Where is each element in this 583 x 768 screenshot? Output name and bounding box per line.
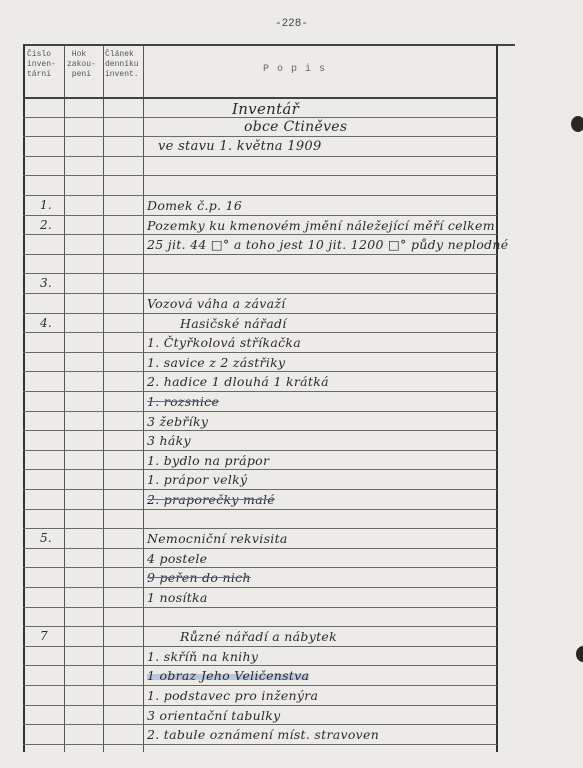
row-rule [23, 391, 497, 392]
header-purchase-year: Hok zakou- peni [67, 50, 96, 80]
item-description: 1. bydlo na prápor [147, 453, 269, 468]
item-description: 1. savice z 2 zástřiky [147, 355, 285, 370]
row-rule [23, 469, 497, 470]
item-description: 9 peřen do nich [147, 570, 251, 585]
row-rule [23, 352, 497, 353]
row-rule [23, 215, 497, 216]
row-rule [23, 587, 497, 588]
row-rule [23, 371, 497, 372]
row-rule [23, 293, 497, 294]
header-description: Popis [263, 65, 333, 75]
item-description: 1. podstavec pro inženýra [147, 688, 318, 703]
row-rule [23, 548, 497, 549]
item-description: 1. prápor velký [147, 472, 247, 487]
row-rule [23, 313, 497, 314]
item-description: Domek č.p. 16 [147, 198, 242, 213]
item-description: Vozová váha a závaží [147, 296, 286, 311]
item-description: 2. hadice 1 dlouhá 1 krátká [147, 374, 329, 389]
header-journal-article: Článek denníku invent. [105, 50, 139, 80]
page-number: -228- [0, 18, 583, 30]
item-description: 1. skříň na knihy [147, 649, 258, 664]
punch-hole [571, 116, 583, 132]
inventory-number: 3. [40, 276, 52, 290]
item-description: 1. rozsnice [147, 394, 219, 409]
row-rule [23, 136, 497, 137]
title-line: ve stavu 1. května 1909 [158, 139, 322, 154]
item-description: 4 postele [147, 551, 207, 566]
row-rule [23, 705, 497, 706]
title-line: Inventář [232, 100, 299, 118]
row-rule [23, 430, 497, 431]
row-rule [23, 489, 497, 490]
row-rule [23, 234, 497, 235]
inventory-number: 1. [40, 198, 52, 212]
row-rule [23, 332, 497, 333]
item-description: 25 jit. 44 □° a toho jest 10 jit. 1200 □… [147, 237, 508, 252]
item-description: 1 nosítka [147, 590, 208, 605]
row-rule [23, 450, 497, 451]
inventory-number: 4. [40, 316, 52, 330]
item-description: 2. praporečky malé [147, 492, 275, 507]
row-rule [23, 685, 497, 686]
title-line: obce Ctiněves [244, 119, 347, 135]
row-rule [23, 195, 497, 196]
row-rule [23, 607, 497, 608]
row-rule [23, 744, 497, 745]
row-rule [23, 156, 497, 157]
item-description: Hasičské nářadí [180, 316, 287, 331]
row-rule [23, 567, 497, 568]
item-description: 2. tabule oznámení míst. stravoven [147, 727, 379, 742]
inventory-number: 5. [40, 531, 52, 545]
row-rule [23, 273, 497, 274]
row-rule [23, 175, 497, 176]
item-description: Různé nářadí a nábytek [180, 629, 337, 644]
item-description: Nemocniční rekvisita [147, 531, 288, 546]
row-rule [23, 665, 497, 666]
header-rule [23, 97, 497, 99]
row-rule [23, 646, 497, 647]
row-rule [23, 724, 497, 725]
item-description: 3 háky [147, 433, 191, 448]
item-description: 3 žebříky [147, 414, 208, 429]
item-description: 1 obraz Jeho Veličenstva [147, 668, 309, 683]
item-description: 3 orientační tabulky [147, 708, 281, 723]
row-rule [23, 626, 497, 627]
row-rule [23, 509, 497, 510]
row-rule [23, 528, 497, 529]
header-inventory-number: Číslo inven- tární [27, 50, 56, 80]
inventory-number: 2. [40, 218, 52, 232]
item-description: Pozemky ku kmenovém jmění náležející měř… [147, 218, 495, 233]
punch-hole [576, 646, 583, 662]
inventory-number: 7 [40, 629, 48, 643]
row-rule [23, 254, 497, 255]
item-description: 1. Čtyřkolová stříkačka [147, 335, 301, 350]
row-rule [23, 411, 497, 412]
